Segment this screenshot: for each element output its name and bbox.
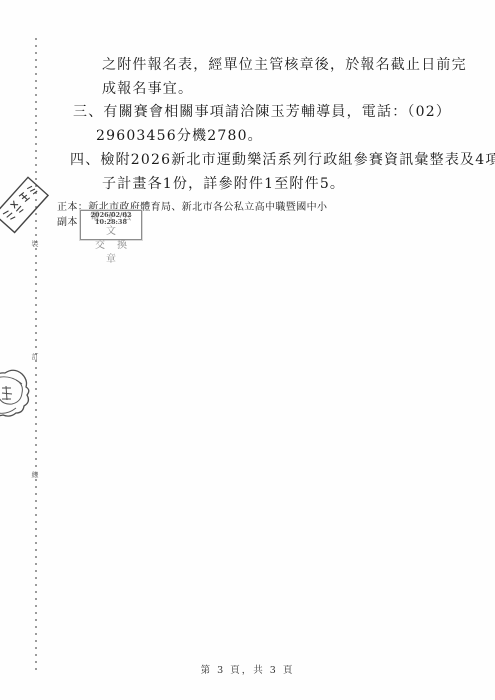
electronic-exchange-stamp: 電子公文 交換章 2026/02/02 10:28:38: [80, 210, 142, 240]
exchange-stamp-timestamp: 2026/02/02 10:28:38: [81, 212, 141, 226]
body-line-item-4: 四、檢附2026新北市運動樂活系列行政組參賽資訊彙整表及4項: [70, 151, 495, 169]
body-line-continuation-2: 成報名事宜。: [102, 80, 193, 98]
seam-seal-round-icon: [0, 366, 34, 420]
body-line-item-3: 三、有關賽會相關事項請洽陳玉芳輔導員，電話：（02）: [73, 103, 451, 121]
binding-mark-zhuang: 裝: [30, 241, 40, 248]
binding-mark-ding: 訂: [30, 354, 40, 361]
body-line-phone: 29603456分機2780。: [96, 127, 263, 145]
body-line-item-4-cont: 子計畫各1份，詳參附件1至附件5。: [102, 175, 345, 193]
binding-mark-xian: 線: [30, 472, 40, 479]
exchange-stamp-row2: 交換章: [81, 239, 141, 267]
page-number-footer: 第 3 頁，共 3 頁: [0, 662, 495, 676]
seam-seal-diagonal-icon: [0, 176, 53, 240]
body-line-continuation-1: 之附件報名表，經單位主管核章後，於報名截止日前完: [102, 56, 467, 74]
document-page: 裝 訂 線 之附件報名表，經單位主管核章後，於報名截止日前完 成報名事宜。 三、…: [0, 0, 495, 700]
exchange-stamp-time: 10:28:38: [95, 218, 127, 226]
